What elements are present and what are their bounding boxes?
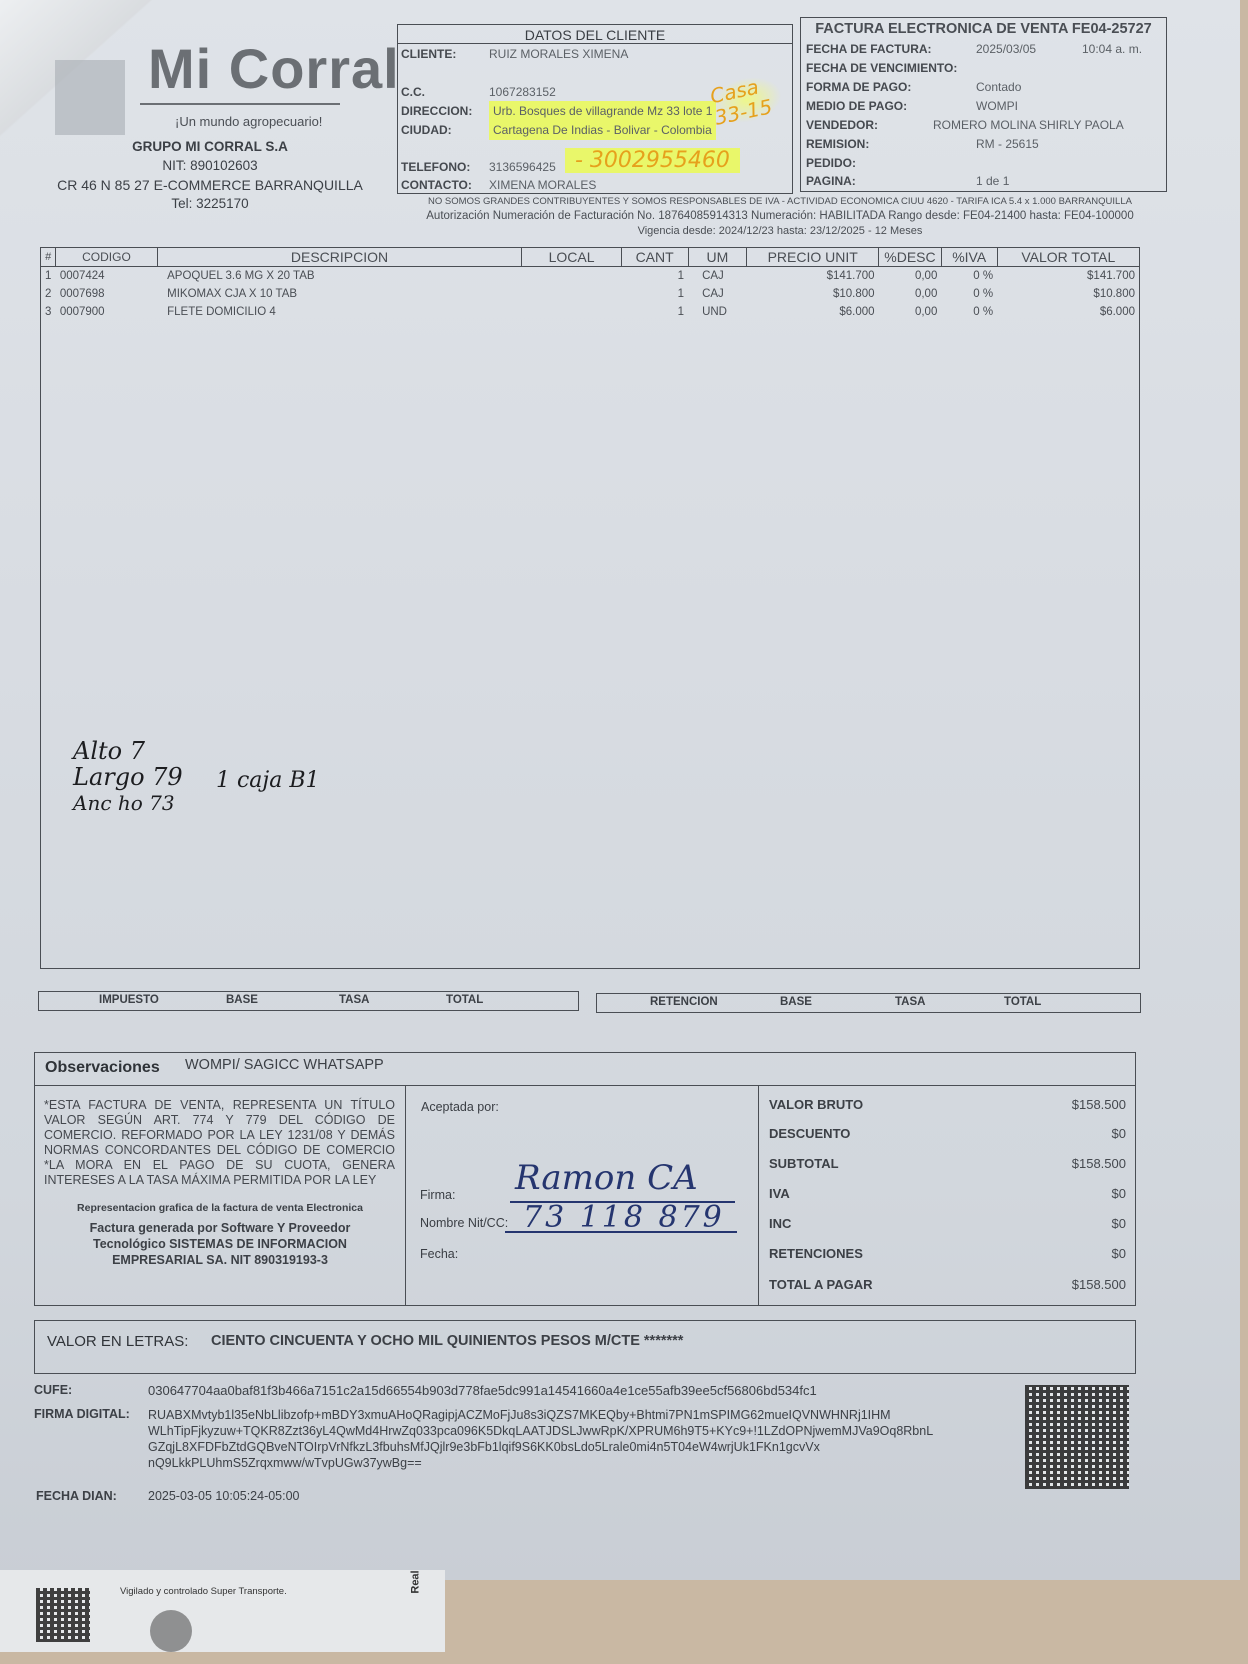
items-header-row: # CODIGO DESCRIPCION LOCAL CANT UM PRECI… — [41, 248, 1139, 267]
item-unit: UND — [688, 303, 747, 321]
shipping-strip-text: Vigilado y controlado Super Transporte. — [120, 1586, 287, 1597]
col-unit: UM — [688, 248, 747, 267]
invoice-date-row: FECHA DE FACTURA: 2025/03/05 10:04 a. m. — [806, 42, 1161, 56]
col-code: CODIGO — [56, 248, 157, 267]
invoice-date: 2025/03/05 — [976, 42, 1036, 56]
handwritten-phone-note: - 3002955460 — [565, 148, 740, 173]
items-table: # CODIGO DESCRIPCION LOCAL CANT UM PRECI… — [41, 248, 1139, 321]
cufe-label: CUFE: — [34, 1383, 72, 1397]
invoice-time: 10:04 a. m. — [1082, 42, 1142, 56]
observations-label: Observaciones — [45, 1059, 160, 1077]
item-description: MIKOMAX CJA X 10 TAB — [157, 285, 522, 303]
item-code: 0007698 — [56, 285, 157, 303]
remission: RM - 25615 — [976, 137, 1039, 151]
shipping-strip-side-text: Real — [410, 1570, 422, 1593]
payment-method-row: MEDIO DE PAGO: WOMPI — [806, 99, 907, 113]
client-box-title: DATOS DEL CLIENTE — [398, 25, 792, 44]
software-provider-note: Factura generada por Software Y Proveedo… — [65, 1220, 375, 1268]
item-description: FLETE DOMICILIO 4 — [157, 303, 522, 321]
item-total: $10.800 — [997, 285, 1139, 303]
item-code: 0007900 — [56, 303, 157, 321]
col-number: # — [41, 248, 56, 267]
table-row: 1 0007424 APOQUEL 3.6 MG X 20 TAB 1 CAJ … — [41, 267, 1139, 286]
withholding-header-bar: RETENCION BASE TASA TOTAL — [596, 993, 1141, 1013]
client-contact: XIMENA MORALES — [489, 178, 596, 192]
company-logo: Mi Corral — [148, 36, 400, 101]
seller: ROMERO MOLINA SHIRLY PAOLA — [933, 118, 1124, 132]
totals-row-gross: VALOR BRUTO$158.500 — [769, 1097, 1126, 1112]
totals-row-discount: DESCUENTO$0 — [769, 1126, 1126, 1141]
totals-panel: VALOR BRUTO$158.500 DESCUENTO$0 SUBTOTAL… — [758, 1086, 1136, 1305]
col-discount: %DESC — [879, 248, 942, 267]
client-address: Urb. Bosques de villagrande Mz 33 lote 1 — [489, 101, 716, 121]
seller-row: VENDEDOR: ROMERO MOLINA SHIRLY PAOLA — [806, 118, 878, 132]
qr-code-icon — [1025, 1385, 1129, 1489]
observations-value: WOMPI/ SAGICC WHATSAPP — [185, 1057, 384, 1073]
legal-notice-panel: *ESTA FACTURA DE VENTA, REPRESENTA UN TÍ… — [35, 1086, 406, 1305]
item-iva: 0 % — [941, 303, 997, 321]
item-total: $141.700 — [997, 267, 1139, 286]
invoice-info-box: FACTURA ELECTRONICA DE VENTA FE04-25727 … — [800, 17, 1167, 192]
validity-note: Vigencia desde: 2024/12/23 hasta: 23/12/… — [400, 225, 1160, 237]
company-phone: Tel: 3225170 — [55, 196, 365, 211]
client-phone: 3136596425 — [489, 160, 556, 174]
item-discount: 0,00 — [879, 267, 942, 286]
company-name: GRUPO MI CORRAL S.A — [55, 139, 365, 154]
client-city-row: CIUDAD: Cartagena De Indias - Bolivar - … — [401, 123, 452, 137]
dian-date-value: 2025-03-05 10:05:24-05:00 — [148, 1489, 300, 1503]
amount-words-label: VALOR EN LETRAS: — [47, 1333, 188, 1350]
table-row: 3 0007900 FLETE DOMICILIO 4 1 UND $6.000… — [41, 303, 1139, 321]
shipping-label-strip: Vigilado y controlado Super Transporte. … — [0, 1570, 445, 1652]
item-description: APOQUEL 3.6 MG X 20 TAB — [157, 267, 522, 286]
digital-signature-value: RUABXMvtyb1l35eNbLlibzofp+mBDY3xmuAHoQRa… — [148, 1407, 933, 1471]
tax-header-bar: IMPUESTO BASE TASA TOTAL — [38, 991, 579, 1011]
handwritten-box-note: 1 caja B1 — [216, 768, 320, 793]
col-description: DESCRIPCION — [157, 248, 522, 267]
page-row: PAGINA: 1 de 1 — [806, 174, 856, 188]
authorization-note: Autorización Numeración de Facturación N… — [400, 210, 1160, 222]
item-unit-price: $6.000 — [747, 303, 879, 321]
item-unit: CAJ — [688, 285, 747, 303]
transport-seal-icon — [150, 1610, 192, 1652]
item-unit: CAJ — [688, 267, 747, 286]
totals-row-inc: INC$0 — [769, 1216, 1126, 1231]
totals-row-total-due: TOTAL A PAGAR$158.500 — [769, 1277, 1126, 1292]
item-unit-price: $10.800 — [747, 285, 879, 303]
digital-signature-label: FIRMA DIGITAL: — [34, 1407, 130, 1421]
page-number: 1 de 1 — [976, 174, 1009, 188]
invoice-title: FACTURA ELECTRONICA DE VENTA FE04-25727 — [801, 18, 1166, 37]
col-iva: %IVA — [941, 248, 997, 267]
col-local: LOCAL — [522, 248, 621, 267]
amount-in-words-box: VALOR EN LETRAS: CIENTO CINCUENTA Y OCHO… — [34, 1320, 1136, 1374]
date-label: Fecha: — [420, 1247, 458, 1261]
totals-row-subtotal: SUBTOTAL$158.500 — [769, 1156, 1126, 1171]
observations-header: Observaciones WOMPI/ SAGICC WHATSAPP — [35, 1053, 1135, 1086]
client-address-row: DIRECCION: Urb. Bosques de villagrande M… — [401, 104, 472, 118]
item-total: $6.000 — [997, 303, 1139, 321]
item-quantity: 1 — [621, 267, 688, 286]
item-unit-price: $141.700 — [747, 267, 879, 286]
legal-notice-text: *ESTA FACTURA DE VENTA, REPRESENTA UN TÍ… — [44, 1098, 395, 1188]
representation-note: Representacion grafica de la factura de … — [35, 1202, 405, 1214]
client-name-row: CLIENTE: RUIZ MORALES XIMENA — [401, 47, 456, 61]
client-id-row: C.C. 1067283152 — [401, 85, 425, 99]
remission-row: REMISION: RM - 25615 — [806, 137, 869, 151]
client-phone-row: TELEFONO: 3136596425 — [401, 160, 470, 174]
company-tagline: ¡Un mundo agropecuario! — [175, 114, 322, 129]
id-underline — [505, 1231, 737, 1233]
order-row: PEDIDO: — [806, 156, 856, 170]
payment-method: WOMPI — [976, 99, 1018, 113]
client-city: Cartagena De Indias - Bolivar - Colombia — [489, 120, 716, 140]
tax-regime-note: NO SOMOS GRANDES CONTRIBUYENTES Y SOMOS … — [400, 196, 1160, 207]
company-nit: NIT: 890102603 — [55, 158, 365, 173]
payment-form: Contado — [976, 80, 1021, 94]
datamatrix-code-icon — [36, 1588, 90, 1642]
handwritten-signature: Ramon CA — [515, 1158, 698, 1198]
handwritten-id: 73 118 879 — [523, 1200, 725, 1235]
table-row: 2 0007698 MIKOMAX CJA X 10 TAB 1 CAJ $10… — [41, 285, 1139, 303]
company-address: CR 46 N 85 27 E-COMMERCE BARRANQUILLA — [55, 177, 365, 193]
amount-words-value: CIENTO CINCUENTA Y OCHO MIL QUINIENTOS P… — [211, 1333, 683, 1349]
col-quantity: CANT — [621, 248, 688, 267]
items-table-box: # CODIGO DESCRIPCION LOCAL CANT UM PRECI… — [40, 247, 1140, 969]
item-iva: 0 % — [941, 285, 997, 303]
dian-date-label: FECHA DIAN: — [36, 1489, 117, 1503]
totals-row-withholdings: RETENCIONES$0 — [769, 1246, 1126, 1261]
client-id: 1067283152 — [489, 85, 556, 99]
handwritten-dimensions: Alto 7 Largo 79 Anc ho 73 — [73, 738, 183, 816]
invoice-paper: Mi Corral ¡Un mundo agropecuario! GRUPO … — [0, 0, 1240, 1580]
client-name: RUIZ MORALES XIMENA — [489, 47, 628, 61]
item-discount: 0,00 — [879, 285, 942, 303]
id-label: Nombre Nit/CC: — [420, 1216, 508, 1230]
item-iva: 0 % — [941, 267, 997, 286]
logo-emblem-icon — [55, 60, 125, 135]
client-contact-row: CONTACTO: XIMENA MORALES — [401, 178, 472, 192]
cufe-value: 030647704aa0baf81f3b466a7151c2a15d66554b… — [148, 1383, 817, 1398]
logo-underline — [140, 103, 340, 105]
item-quantity: 1 — [621, 285, 688, 303]
signature-label: Firma: — [420, 1188, 455, 1202]
col-total: VALOR TOTAL — [997, 248, 1139, 267]
item-quantity: 1 — [621, 303, 688, 321]
col-unit-price: PRECIO UNIT — [747, 248, 879, 267]
observations-box: Observaciones WOMPI/ SAGICC WHATSAPP *ES… — [34, 1052, 1136, 1306]
totals-row-iva: IVA$0 — [769, 1186, 1126, 1201]
acceptance-panel: Aceptada por: Firma: Nombre Nit/CC: Fech… — [405, 1086, 758, 1305]
accepted-by-label: Aceptada por: — [421, 1100, 499, 1114]
payment-form-row: FORMA DE PAGO: Contado — [806, 80, 911, 94]
due-date-row: FECHA DE VENCIMIENTO: — [806, 61, 957, 75]
item-code: 0007424 — [56, 267, 157, 286]
item-discount: 0,00 — [879, 303, 942, 321]
